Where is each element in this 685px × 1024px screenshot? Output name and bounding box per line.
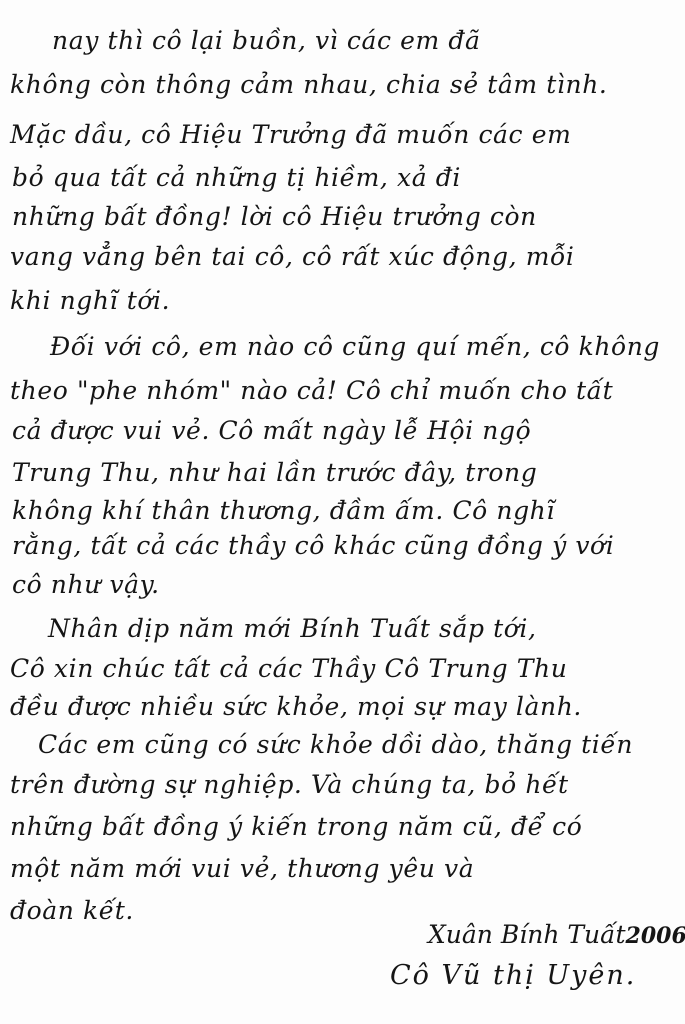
letter-line: cả được vui vẻ. Cô mất ngày lễ Hội ngộ [12,418,531,443]
letter-line: theo "phe nhóm" nào cả! Cô chỉ muốn cho … [10,378,613,403]
letter-page: nay thì cô lại buồn, vì các em đã không … [0,0,685,1024]
letter-line: không còn thông cảm nhau, chia sẻ tâm tì… [10,72,607,97]
letter-line: Nhân dịp năm mới Bính Tuất sắp tới, [48,616,537,641]
letter-line: những bất đồng ý kiến trong năm cũ, để c… [10,814,582,839]
letter-line: không khí thân thương, đầm ấm. Cô nghĩ [12,498,555,523]
letter-line: Đối với cô, em nào cô cũng quí mến, cô k… [50,334,660,359]
letter-line: Trung Thu, như hai lần trước đây, trong [12,460,537,485]
letter-line: những bất đồng! lời cô Hiệu trưởng còn [12,204,537,229]
letter-line: bỏ qua tất cả những tị hiềm, xả đi [12,165,461,190]
signature: Cô Vũ thị Uyên. [390,962,636,989]
closing-year: 2006 [626,923,685,949]
closing-date-text: Xuân Bính Tuất [428,920,626,949]
letter-line: Các em cũng có sức khỏe dồi dào, thăng t… [38,732,633,757]
closing-date: Xuân Bính Tuất2006 [428,922,685,947]
letter-line: nay thì cô lại buồn, vì các em đã [52,28,480,53]
letter-line: trên đường sự nghiệp. Và chúng ta, bỏ hế… [10,772,569,797]
letter-line: Cô xin chúc tất cả các Thầy Cô Trung Thu [10,656,567,681]
letter-line: khi nghĩ tới. [10,288,170,313]
letter-line: đều được nhiều sức khỏe, mọi sự may lành… [10,694,582,719]
letter-line: Mặc dầu, cô Hiệu Trưởng đã muốn các em [10,122,571,147]
letter-line: cô như vậy. [12,572,160,597]
letter-line: rằng, tất cả các thầy cô khác cũng đồng … [12,533,614,558]
letter-line: đoàn kết. [10,898,134,923]
letter-line: một năm mới vui vẻ, thương yêu và [10,856,474,881]
letter-line: vang vẳng bên tai cô, cô rất xúc động, m… [10,244,575,269]
